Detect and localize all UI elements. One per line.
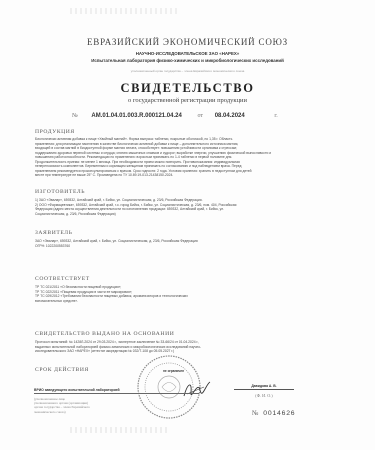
product-description: Биологически активная добавка к пище «Хв…	[35, 137, 335, 178]
date-prefix: от	[197, 113, 203, 119]
role-desc-line: экономического союза)	[34, 410, 134, 414]
product-heading: ПРОДУКЦИЯ	[35, 129, 75, 135]
manufacturer-heading: ИЗГОТОВИТЕЛЬ	[35, 189, 85, 195]
signatory-name-block: Давидова А. В. (Ф. И. О.)	[234, 384, 294, 398]
authority-caption: уполномоченный орган государства – члена…	[0, 69, 375, 73]
document-title: СВИДЕТЕЛЬСТВО	[0, 81, 375, 96]
standard-line: вспомогательных средств».	[35, 299, 335, 304]
signatory-role-description: (уполномоченное лицо уполномоченного орг…	[34, 397, 134, 414]
validity-value: не ограничен	[163, 369, 184, 373]
certificate-number: AM.01.04.01.003.R.000121.04.24	[91, 113, 181, 119]
applicant-heading: ЗАЯВИТЕЛЬ	[35, 230, 73, 236]
certificate-date: 08.04.2024	[215, 113, 245, 119]
manufacturer-details: 1) ЗАО «Эвалар», 659332, Алтайский край,…	[35, 198, 335, 216]
signatory-role: ВРИО заведующего испытательной лаборатор…	[34, 388, 199, 394]
scan-artifact	[70, 8, 180, 14]
date-suffix: г.	[274, 113, 277, 119]
product-line: месте при температуре не выше 25° С. Про…	[35, 173, 335, 178]
form-serial-number: №0014626	[252, 410, 295, 417]
signatory-role-block: ВРИО заведующего испытательной лаборатор…	[34, 388, 134, 414]
validity-heading: СРОК ДЕЙСТВИЯ	[35, 367, 89, 373]
serial-sign: №	[252, 410, 259, 417]
signatory-name: Давидова А. В.	[234, 384, 294, 390]
fio-label: (Ф. И. О.)	[234, 393, 294, 398]
certificate-page: ЕВРАЗИЙСКИЙ ЭКОНОМИЧЕСКИЙ СОЮЗ НАУЧНО-ИС…	[0, 0, 375, 450]
union-heading: ЕВРАЗИЙСКИЙ ЭКОНОМИЧЕСКИЙ СОЮЗ	[0, 37, 375, 47]
applicant-line: ОГРН: 1022200553760	[35, 244, 335, 249]
serial-value: 0014626	[263, 410, 295, 417]
basis-heading: СВИДЕТЕЛЬСТВО ВЫДАНО НА ОСНОВАНИИ	[35, 331, 174, 337]
conformity-standards: ТР ТС 021/2011 «О безопасности пищевой п…	[35, 285, 335, 303]
organization-name: НАУЧНО-ИССЛЕДОВАТЕЛЬСКОЕ ЗАО «НАРЕХ»	[0, 51, 375, 56]
laboratory-name: Испытательная лаборатория физико-химичес…	[0, 58, 375, 63]
manufacturer-line: Социалистическая, д. 23/6, Российская Фе…	[35, 212, 335, 217]
document-subtitle: о государственной регистрации продукции	[0, 97, 375, 104]
conformity-heading: СООТВЕТСТВУЕТ	[35, 276, 90, 282]
certificate-number-row: № AM.01.04.01.003.R.000121.04.24 от 08.0…	[72, 113, 278, 119]
scan-artifact	[70, 427, 170, 433]
applicant-details: ЗАО «Эвалар», 659332, Алтайский край, г.…	[35, 239, 335, 248]
number-sign: №	[72, 113, 78, 119]
basis-details: Протокол испытаний: № 1428Л-2024 от 29.0…	[35, 340, 335, 354]
